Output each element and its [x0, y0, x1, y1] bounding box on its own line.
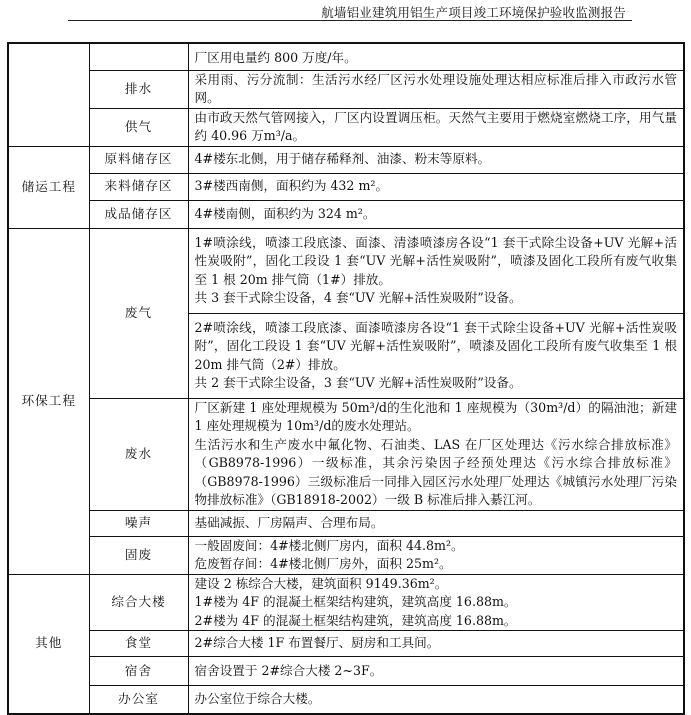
- desc-line: 厂区用电量约 800 万度/年。: [195, 49, 678, 68]
- desc-line: 2#综合大楼 1F 布置餐厅、厨房和工具间。: [195, 634, 678, 653]
- desc-line: 由市政天然气管网接入，厂区内设置调压柜。天然气主要用于燃烧室燃烧工序，用气量约 …: [195, 109, 678, 146]
- table-row: 噪声 基础减振、厂房隔声、合理布局。: [8, 510, 684, 536]
- desc-line: 采用雨、污分流制：生活污水经厂区污水处理设施处理达相应标准后排入市政污水管网。: [195, 71, 678, 108]
- desc-cell: 4#楼南侧，面积约为 324 m²。: [188, 200, 684, 228]
- table-row: 其他 综合大楼 建设 2 栋综合大楼，建筑面积 9149.36m²。 1#楼为 …: [8, 574, 684, 631]
- table-row: 办公室 办公室位于综合大楼。: [8, 686, 684, 714]
- desc-line: 1#喷涂线，喷漆工段底漆、面漆、清漆喷漆房各设“1 套干式除尘设备+UV 光解+…: [195, 234, 678, 290]
- desc-line: 危废暂存间：4#楼北侧厂房外，面积 25m²。: [195, 555, 678, 574]
- category-cell: [8, 43, 89, 146]
- desc-cell: 厂区新建 1 座处理规模为 50m³/d的生化池和 1 座规模为（30m³/d）…: [188, 398, 684, 510]
- desc-line: 4#楼南侧，面积约为 324 m²。: [195, 205, 678, 224]
- category-cell: 其他: [8, 574, 89, 714]
- desc-cell: 4#楼东北侧，用于储存稀释剂、油漆、粉末等原料。: [188, 146, 684, 173]
- desc-cell: 建设 2 栋综合大楼，建筑面积 9149.36m²。 1#楼为 4F 的混凝土框…: [188, 574, 684, 631]
- desc-line: 生活污水和生产废水中氟化物、石油类、LAS 在厂区处理达《污水综合排放标准》（G…: [195, 436, 678, 510]
- desc-line: 办公室位于综合大楼。: [195, 690, 678, 709]
- desc-line: 4#楼东北侧，用于储存稀释剂、油漆、粉末等原料。: [195, 150, 678, 169]
- page-header: 航墙铝业建筑用铝生产项目竣工环境保护验收监测报告: [68, 0, 632, 21]
- desc-line: 厂区新建 1 座处理规模为 50m³/d的生化池和 1 座规模为（30m³/d）…: [195, 399, 678, 436]
- desc-cell: 一般固废间：4#楼北侧厂房内，面积 44.8m²。 危废暂存间：4#楼北侧厂房外…: [188, 536, 684, 574]
- desc-line: 1#楼为 4F 的混凝土框架结构建筑，建筑高度 16.88m。: [195, 593, 678, 612]
- item-cell: 成品储存区: [89, 200, 188, 228]
- desc-cell: 1#喷涂线，喷漆工段底漆、面漆、清漆喷漆房各设“1 套干式除尘设备+UV 光解+…: [188, 228, 684, 313]
- desc-cell: 办公室位于综合大楼。: [188, 686, 684, 714]
- desc-cell: 采用雨、污分流制：生活污水经厂区污水处理设施处理达相应标准后排入市政污水管网。: [188, 70, 684, 108]
- desc-line: 2#喷涂线，喷漆工段底漆、面漆喷漆房各设“1 套干式除尘设备+UV 光解+活性炭…: [195, 319, 678, 375]
- desc-cell: 厂区用电量约 800 万度/年。: [188, 43, 684, 70]
- desc-line: 宿舍设置于 2#综合大楼 2~3F。: [195, 662, 678, 681]
- desc-line: 2#楼为 4F 的混凝土框架结构建筑，建筑高度 16.88m。: [195, 612, 678, 631]
- desc-cell: 2#综合大楼 1F 布置餐厅、厨房和工具间。: [188, 631, 684, 657]
- item-cell: 原料储存区: [89, 146, 188, 173]
- item-cell: 办公室: [89, 686, 188, 714]
- desc-line: 基础减振、厂房隔声、合理布局。: [195, 514, 678, 533]
- table-row: 环保工程 废气 1#喷涂线，喷漆工段底漆、面漆、清漆喷漆房各设“1 套干式除尘设…: [8, 228, 684, 313]
- table-row: 供气 由市政天然气管网接入，厂区内设置调压柜。天然气主要用于燃烧室燃烧工序，用气…: [8, 108, 684, 146]
- table-row: 宿舍 宿舍设置于 2#综合大楼 2~3F。: [8, 657, 684, 686]
- item-cell: 废水: [89, 398, 188, 510]
- item-cell: 排水: [89, 70, 188, 108]
- item-cell: 噪声: [89, 510, 188, 536]
- table-row: 成品储存区 4#楼南侧，面积约为 324 m²。: [8, 200, 684, 228]
- desc-line: 3#楼西南侧，面积约为 432 m²。: [195, 177, 678, 196]
- item-cell: 供气: [89, 108, 188, 146]
- item-cell: 宿舍: [89, 657, 188, 686]
- table-row: 固废 一般固废间：4#楼北侧厂房内，面积 44.8m²。 危废暂存间：4#楼北侧…: [8, 536, 684, 574]
- desc-line: 建设 2 栋综合大楼，建筑面积 9149.36m²。: [195, 575, 678, 594]
- desc-cell: 3#楼西南侧，面积约为 432 m²。: [188, 173, 684, 200]
- table-row: 食堂 2#综合大楼 1F 布置餐厅、厨房和工具间。: [8, 631, 684, 657]
- desc-line: 共 2 套干式除尘设备，3 套“UV 光解+活性炭吸附”设备。: [195, 374, 678, 393]
- project-composition-table: 厂区用电量约 800 万度/年。 排水 采用雨、污分流制：生活污水经厂区污水处理…: [7, 42, 685, 715]
- item-cell: 来料储存区: [89, 173, 188, 200]
- item-cell: 废气: [89, 228, 188, 398]
- table-row: 废水 厂区新建 1 座处理规模为 50m³/d的生化池和 1 座规模为（30m³…: [8, 398, 684, 510]
- desc-line: 一般固废间：4#楼北侧厂房内，面积 44.8m²。: [195, 537, 678, 556]
- item-cell: 综合大楼: [89, 574, 188, 631]
- report-title: 航墙铝业建筑用铝生产项目竣工环境保护验收监测报告: [321, 3, 626, 21]
- item-cell: 食堂: [89, 631, 188, 657]
- desc-cell: 基础减振、厂房隔声、合理布局。: [188, 510, 684, 536]
- table-row: 来料储存区 3#楼西南侧，面积约为 432 m²。: [8, 173, 684, 200]
- desc-cell: 2#喷涂线，喷漆工段底漆、面漆喷漆房各设“1 套干式除尘设备+UV 光解+活性炭…: [188, 313, 684, 398]
- desc-cell: 由市政天然气管网接入，厂区内设置调压柜。天然气主要用于燃烧室燃烧工序，用气量约 …: [188, 108, 684, 146]
- category-cell: 储运工程: [8, 146, 89, 228]
- desc-cell: 宿舍设置于 2#综合大楼 2~3F。: [188, 657, 684, 686]
- category-cell: 环保工程: [8, 228, 89, 574]
- table-row: 储运工程 原料储存区 4#楼东北侧，用于储存稀释剂、油漆、粉末等原料。: [8, 146, 684, 173]
- table-row: 厂区用电量约 800 万度/年。: [8, 43, 684, 70]
- desc-line: 共 3 套干式除尘设备，4 套“UV 光解+活性炭吸附”设备。: [195, 289, 678, 308]
- item-cell: [89, 43, 188, 70]
- item-cell: 固废: [89, 536, 188, 574]
- table-row: 排水 采用雨、污分流制：生活污水经厂区污水处理设施处理达相应标准后排入市政污水管…: [8, 70, 684, 108]
